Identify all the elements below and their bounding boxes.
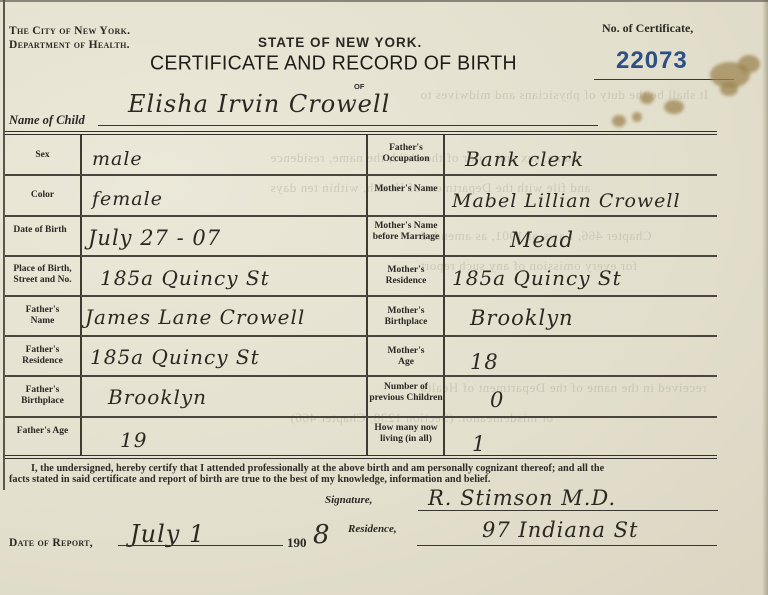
certification-line-2: facts stated in said certificate and rep… — [9, 474, 719, 485]
signature-line — [418, 510, 718, 511]
field-value-mother-residence: 185a Quincy St — [452, 266, 622, 290]
certificate-number-label: No. of Certificate, — [602, 21, 693, 36]
stain — [664, 100, 684, 114]
certification-statement: I, the undersigned, hereby certify that … — [9, 463, 719, 485]
year-prefix: 190 — [287, 535, 307, 551]
stain — [738, 55, 760, 73]
page-top-edge — [0, 0, 768, 2]
certificate-number: 22073 — [616, 47, 688, 75]
city-name: The City of New York. — [9, 24, 130, 38]
signature-label: Signature, — [325, 494, 372, 506]
field-label-father-age: Father's Age — [15, 426, 70, 437]
signature-value: R. Stimson M.D. — [428, 486, 616, 510]
field-label-previous-children: Number of previous Children — [369, 382, 443, 403]
field-value-mother-name: Mabel Lillian Crowell — [452, 190, 681, 212]
stain — [632, 112, 642, 122]
show-through-text: received in the name of the Department o… — [420, 380, 707, 396]
field-value-place-of-birth: 185a Quincy St — [100, 266, 270, 290]
child-name-value: Elisha Irvin Crowell — [128, 90, 390, 118]
field-value-mother-age: 18 — [470, 350, 499, 374]
stain — [720, 82, 738, 96]
grid-row-line — [5, 295, 717, 297]
field-value-children-living: 1 — [472, 432, 486, 456]
field-value-previous-children: 0 — [490, 388, 504, 412]
field-value-father-birthplace: Brooklyn — [108, 385, 207, 409]
field-value-mother-maiden-name: Mead — [510, 228, 574, 252]
page-right-shadow — [762, 0, 768, 595]
grid-bottom-rule — [5, 455, 717, 459]
residence-value: 97 Indiana St — [482, 518, 638, 542]
field-label-children-living: How many now living (in all) — [369, 423, 443, 444]
year-suffix: 8 — [313, 520, 331, 550]
date-of-report-line — [118, 545, 283, 546]
grid-row-line — [5, 335, 717, 337]
certificate-page: It shall be the duty of physicians and m… — [0, 0, 768, 595]
field-value-color: female — [92, 188, 163, 210]
field-value-father-residence: 185a Quincy St — [90, 345, 260, 369]
field-label-sex: Sex — [5, 150, 80, 161]
field-label-mother-name: Mother's Name — [369, 184, 443, 195]
field-label-color: Color — [5, 190, 80, 201]
field-label-place-of-birth: Place of Birth, Street and No. — [5, 264, 80, 285]
field-label-mother-birthplace: Mother's Birthplace — [369, 306, 443, 327]
state-heading: STATE OF NEW YORK. — [258, 35, 422, 50]
grid-row-line — [5, 416, 717, 418]
stain — [612, 115, 626, 127]
grid-row-line — [5, 174, 717, 176]
date-of-report-value: July 1 — [130, 520, 205, 548]
stain — [640, 92, 654, 104]
field-value-father-name: James Lane Crowell — [85, 305, 305, 329]
field-value-sex: male — [92, 148, 143, 170]
field-label-father-residence: Father's Residence — [10, 345, 75, 366]
field-label-father-birthplace: Father's Birthplace — [5, 385, 80, 406]
field-value-mother-birthplace: Brooklyn — [470, 306, 574, 330]
department-name: Department of Health. — [9, 38, 130, 52]
field-label-mother-maiden-name: Mother's Name before Marriage — [369, 221, 443, 242]
grid-row-line — [5, 255, 717, 257]
field-value-date-of-birth: July 27 - 07 — [88, 226, 221, 250]
field-label-father-occupation: Father's Occupation — [369, 143, 443, 164]
field-label-date-of-birth: Date of Birth — [10, 225, 70, 236]
child-name-label: Name of Child — [9, 113, 85, 128]
certification-line-1: I, the undersigned, hereby certify that … — [9, 463, 719, 474]
residence-label: Residence, — [348, 523, 397, 535]
residence-line — [417, 545, 717, 546]
grid-row-line — [5, 375, 717, 377]
date-of-report-label: Date of Report, — [9, 537, 93, 549]
document-title: CERTIFICATE AND RECORD OF BIRTH — [150, 51, 517, 75]
field-label-father-name: Father's Name — [15, 305, 70, 326]
field-value-father-occupation: Bank clerk — [465, 147, 584, 171]
field-label-mother-residence: Mother's Residence — [369, 265, 443, 286]
show-through-text: It shall be the duty of physicians and m… — [420, 87, 708, 103]
child-name-underline — [98, 125, 598, 126]
field-label-mother-age: Mother's Age — [380, 346, 432, 367]
issuer-block: The City of New York. Department of Heal… — [9, 24, 130, 52]
grid-top-rule — [5, 131, 717, 135]
grid-row-line — [5, 215, 717, 217]
field-value-father-age: 19 — [120, 428, 147, 452]
